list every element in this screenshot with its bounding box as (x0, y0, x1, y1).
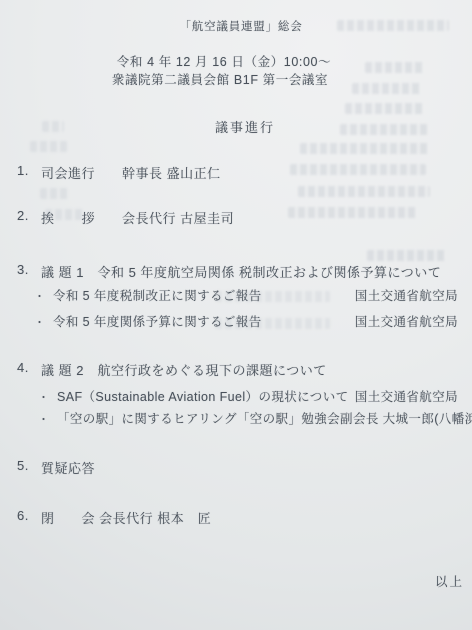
agenda-item-4: 4. 議 題 2 航空行政をめぐる現下の課題について (17, 360, 462, 379)
sub-item-text: 令和 5 年度税制改正に関するご報告 (53, 286, 262, 304)
item-number: 3. (17, 262, 41, 277)
agenda-heading: 議事進行 (9, 117, 472, 136)
meeting-datetime: 令和 4 年 12 月 16 日（金）10:00～ (0, 52, 460, 70)
agenda-item-4-sub-1: ・ SAF（Sustainable Aviation Fuel）の現状について … (38, 387, 458, 405)
presenter-org: 国土交通省航空局 (355, 312, 458, 330)
presenter-org: 国土交通省航空局 (355, 387, 458, 405)
agenda-item-3: 3. 議 題 1 令和 5 年度航空局関係 税制改正および関係予算について (17, 262, 462, 281)
bullet-icon: ・ (38, 387, 57, 405)
bullet-icon: ・ (38, 409, 57, 427)
item-number: 5. (17, 458, 41, 473)
item-text: 閉 会 会長代行 根本 匠 (41, 508, 211, 527)
sub-item-text: 令和 5 年度関係予算に関するご報告 (53, 312, 262, 330)
sub-item-text: SAF（Sustainable Aviation Fuel）の現状について (57, 387, 349, 405)
agenda-item-2: 2. 挨 拶 会長代行 古屋圭司 (17, 208, 462, 227)
item-text: 質疑応答 (41, 458, 95, 477)
bullet-icon: ・ (34, 312, 53, 330)
item-number: 4. (17, 360, 41, 375)
agenda-item-3-sub-2: ・ 令和 5 年度関係予算に関するご報告 国土交通省航空局 (34, 312, 458, 330)
bullet-icon: ・ (34, 286, 53, 304)
item-text: 挨 拶 会長代行 古屋圭司 (41, 208, 234, 227)
sub-item-text: 「空の駅」に関するヒアリング (57, 409, 237, 427)
item-number: 1. (17, 163, 41, 178)
bleed-through-line (300, 143, 430, 154)
agenda-item-5: 5. 質疑応答 (17, 458, 462, 477)
item-text: 司会進行 幹事長 盛山正仁 (41, 163, 221, 182)
item-number: 6. (17, 508, 41, 523)
bleed-through-line (40, 188, 68, 199)
bleed-through-line (367, 250, 447, 261)
meeting-venue: 衆議院第二議員会館 B1F 第一会議室 (0, 70, 456, 88)
presenter-org: 国土交通省航空局 (355, 286, 458, 304)
bleed-through-line (345, 103, 423, 114)
document-title: 「航空議員連盟」総会 (5, 18, 472, 34)
agenda-item-6: 6. 閉 会 会長代行 根本 匠 (17, 508, 462, 527)
agenda-item-1: 1. 司会進行 幹事長 盛山正仁 (17, 163, 462, 182)
presenter-name: 「空の駅」勉強会副会長 大城一郎(八幡浜市長) (237, 409, 472, 427)
item-text: 議 題 2 航空行政をめぐる現下の課題について (41, 360, 327, 379)
agenda-item-4-sub-2: ・ 「空の駅」に関するヒアリング 「空の駅」勉強会副会長 大城一郎(八幡浜市長) (38, 409, 465, 427)
bleed-through-line (30, 141, 70, 152)
agenda-paper-sheet: 「航空議員連盟」総会 令和 4 年 12 月 16 日（金）10:00～ 衆議院… (0, 0, 472, 630)
agenda-item-3-sub-1: ・ 令和 5 年度税制改正に関するご報告 国土交通省航空局 (34, 286, 458, 304)
item-text: 議 題 1 令和 5 年度航空局関係 税制改正および関係予算について (41, 262, 441, 281)
closing-mark: 以上 (435, 572, 464, 590)
item-number: 2. (17, 208, 41, 223)
bleed-through-line (298, 186, 430, 197)
